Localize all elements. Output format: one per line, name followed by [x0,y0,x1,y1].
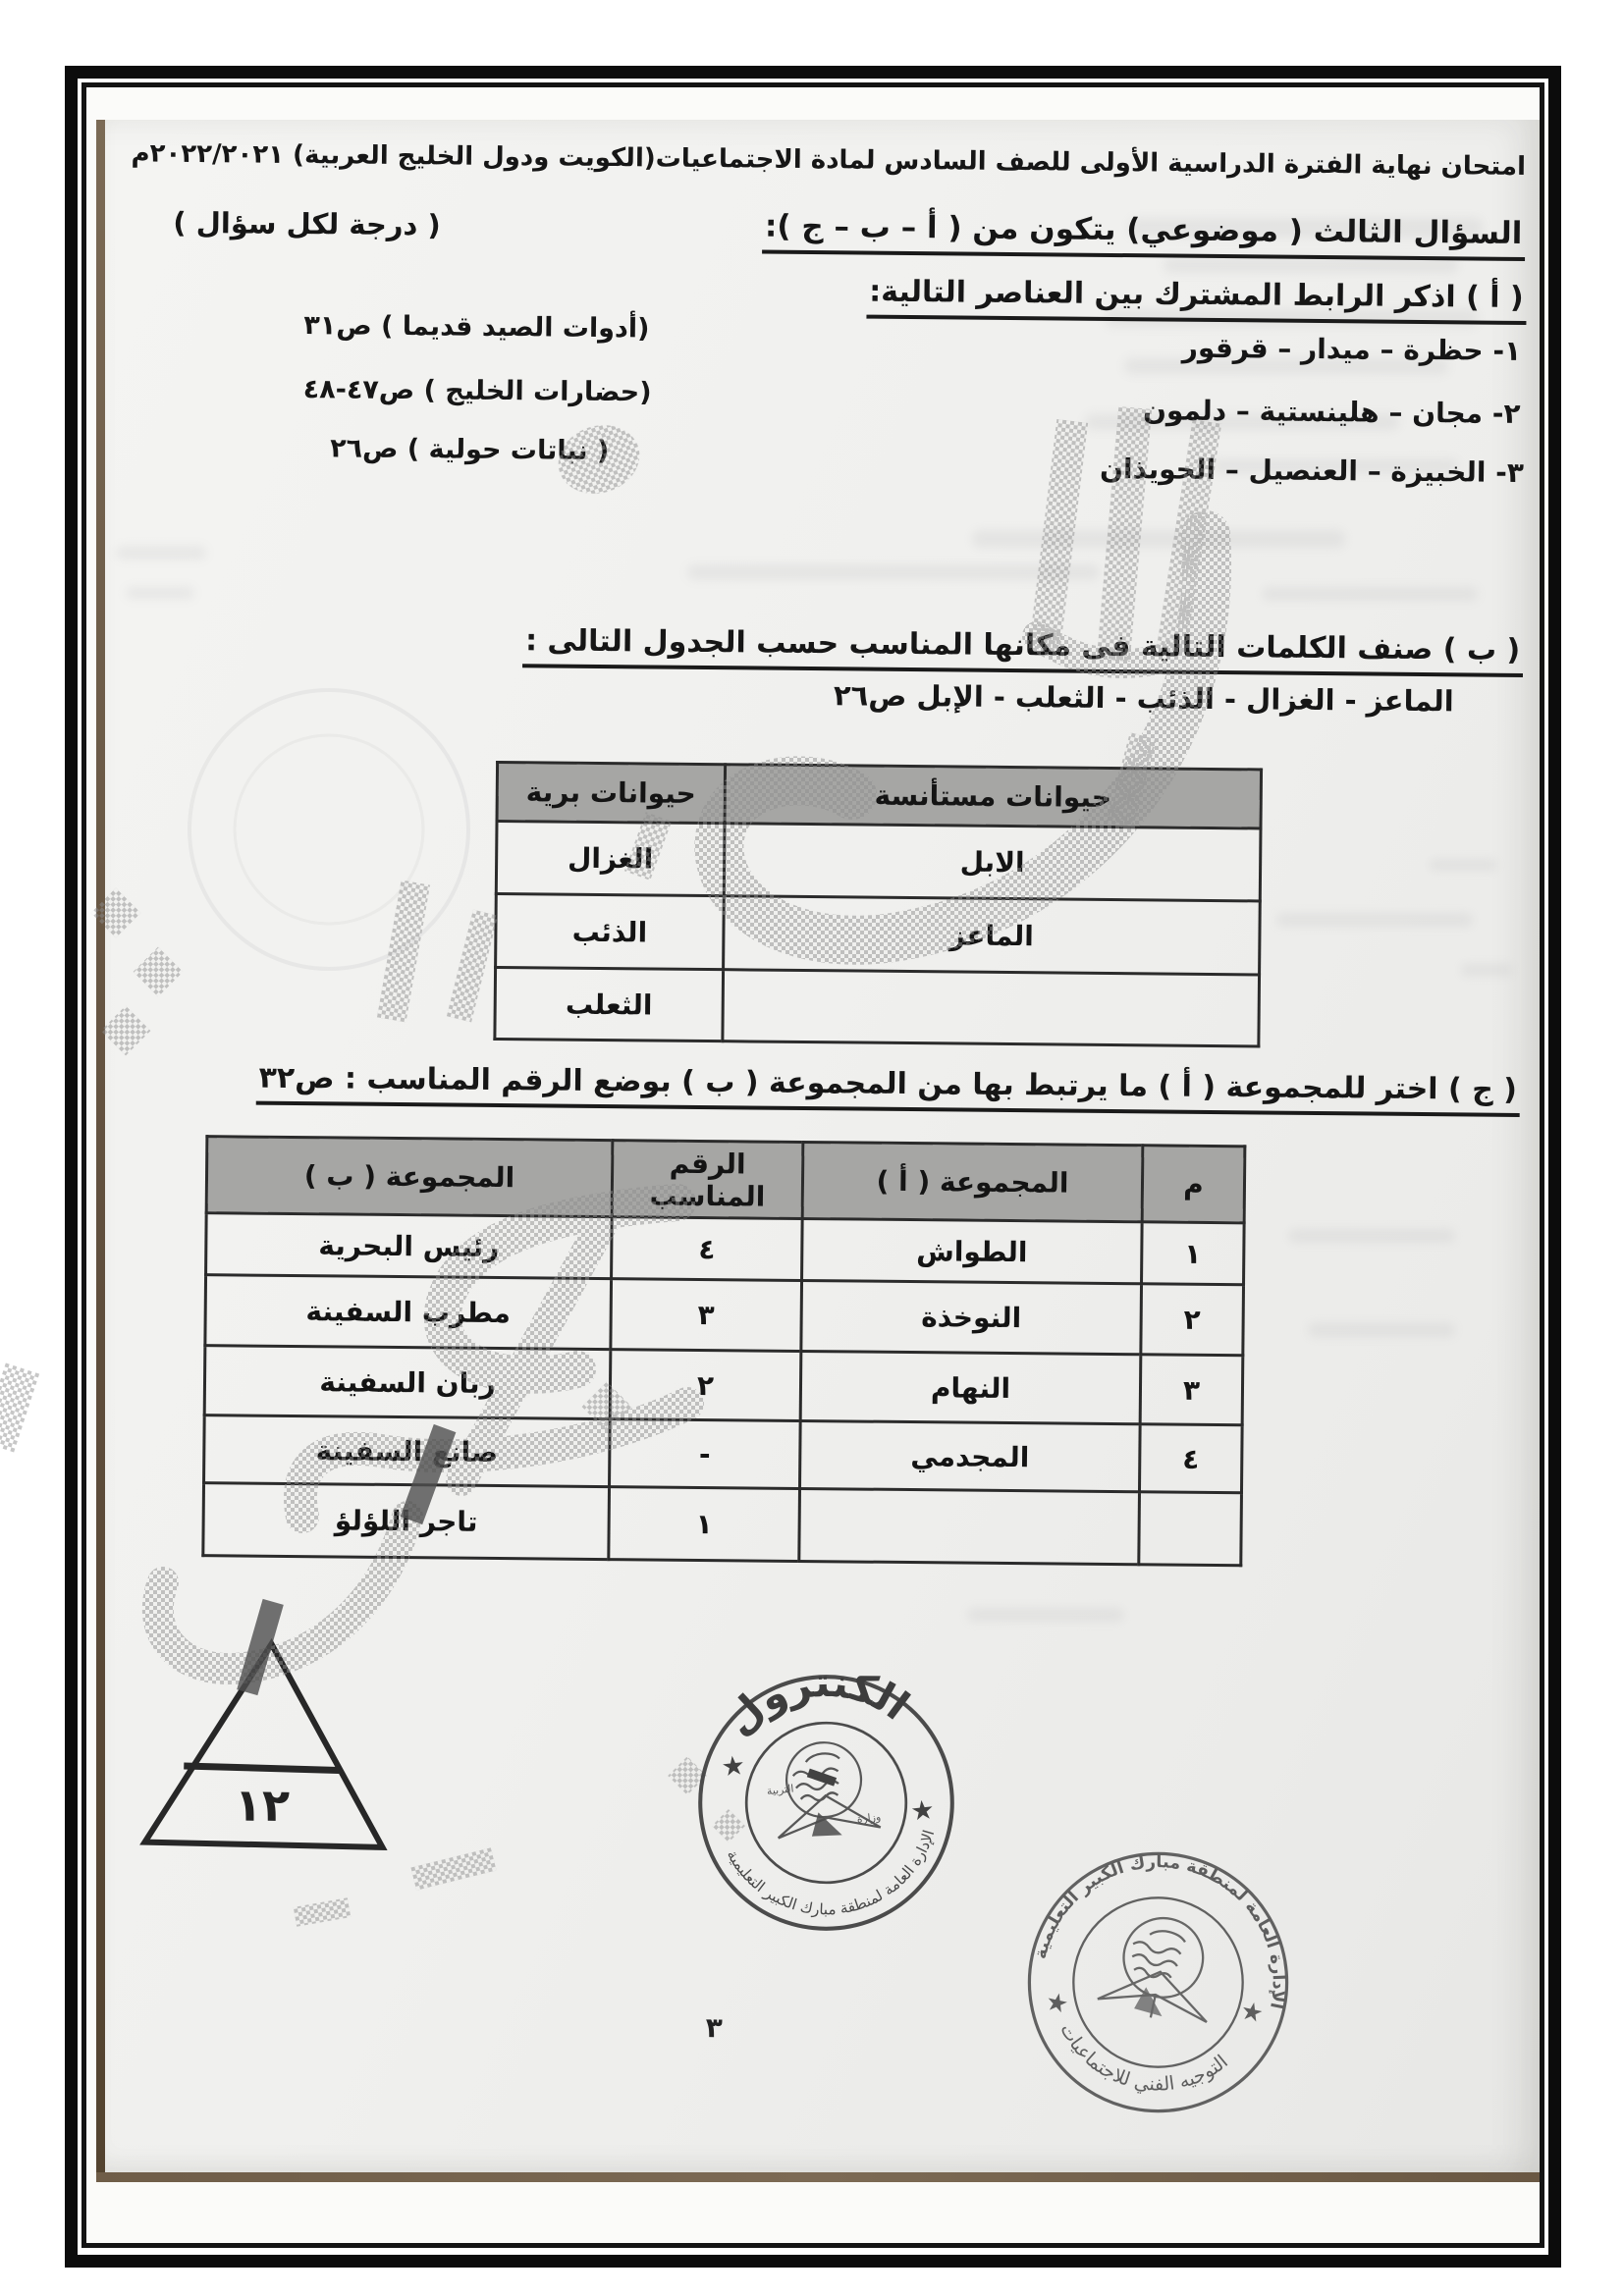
scanned-exam-page: امتحان نهاية الفترة الدراسية الأولى للصف… [0,0,1624,2296]
photo-frame-outer [65,66,1561,2268]
